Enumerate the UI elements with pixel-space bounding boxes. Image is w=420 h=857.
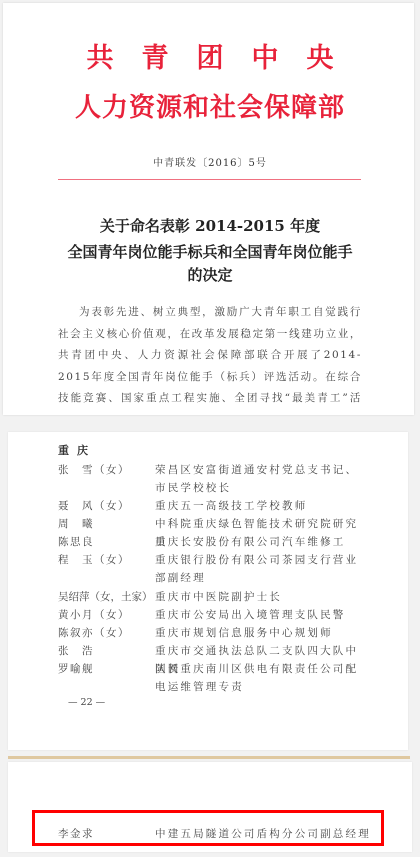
org-name-line2: 人力资源和社会保障部: [0, 87, 420, 124]
list-item: 黄小月（女） 重庆市公安局出入境管理支队民警: [58, 607, 368, 625]
person-title: 重庆市规划信息服务中心规划师: [155, 625, 368, 643]
person-title: 国网重庆南川区供电有限责任公司配电运维管理专责: [155, 661, 368, 696]
list-item: 吴绍萍（女，土家） 重庆市中医院副护士长: [58, 589, 368, 607]
person-name: 黄小月（女）: [58, 607, 155, 625]
person-title: 重庆长安股份有限公司汽车维修工: [155, 534, 368, 552]
list-item: 张 雪（女） 荣昌区安富街道通安村党总支书记、市民学校校长: [58, 462, 368, 497]
org-name-line1: 共青团中央: [0, 36, 420, 75]
doc-title-line3: 的决定: [0, 264, 420, 285]
person-title: 重庆市中医院副护士长: [155, 589, 368, 607]
list-item: 聂 风（女） 重庆五一高级技工学校教师: [58, 498, 368, 516]
page-separator: [8, 756, 410, 759]
page-number: — 22 —: [68, 697, 105, 708]
person-name: 程 玉（女）: [58, 552, 155, 587]
list-item: 陈思良 重庆长安股份有限公司汽车维修工: [58, 534, 368, 552]
person-name: 吴绍萍（女，土家）: [58, 589, 155, 607]
doc-title-line1: 关于命名表彰 2014-2015 年度: [0, 215, 420, 236]
person-name: 陈思良: [58, 534, 155, 552]
body-paragraph: 为表彰先进、树立典型，激励广大青年职工自觉践行社会主义核心价值观，在改革发展稳定…: [58, 302, 362, 412]
person-title: 中建五局隧道公司盾构分公司副总经理: [155, 826, 378, 841]
person-title: 荣昌区安富街道通安村党总支书记、市民学校校长: [155, 462, 368, 497]
person-name: 聂 风（女）: [58, 498, 155, 516]
doc-title-line2: 全国青年岗位能手标兵和全国青年岗位能手: [0, 241, 420, 262]
person-title: 重庆银行股份有限公司茶园支行营业部副经理: [155, 552, 368, 587]
list-item: 程 玉（女） 重庆银行股份有限公司茶园支行营业部副经理: [58, 552, 368, 587]
person-name: 张 雪（女）: [58, 462, 155, 497]
person-name: 罗喻舰: [58, 661, 155, 696]
red-divider: [58, 179, 361, 180]
person-name: 李金求: [58, 826, 155, 841]
highlighted-list-item: 李金求 中建五局隧道公司盾构分公司副总经理: [58, 826, 378, 841]
person-title: 重庆市公安局出入境管理支队民警: [155, 607, 368, 625]
person-title: 重庆五一高级技工学校教师: [155, 498, 368, 516]
list-item: 陈叙亦（女） 重庆市规划信息服务中心规划师: [58, 625, 368, 643]
person-name: 陈叙亦（女）: [58, 625, 155, 643]
list-item: 罗喻舰 国网重庆南川区供电有限责任公司配电运维管理专责: [58, 661, 368, 696]
region-heading: 重庆: [58, 442, 96, 458]
document-number: 中青联发〔2016〕5号: [0, 154, 420, 169]
